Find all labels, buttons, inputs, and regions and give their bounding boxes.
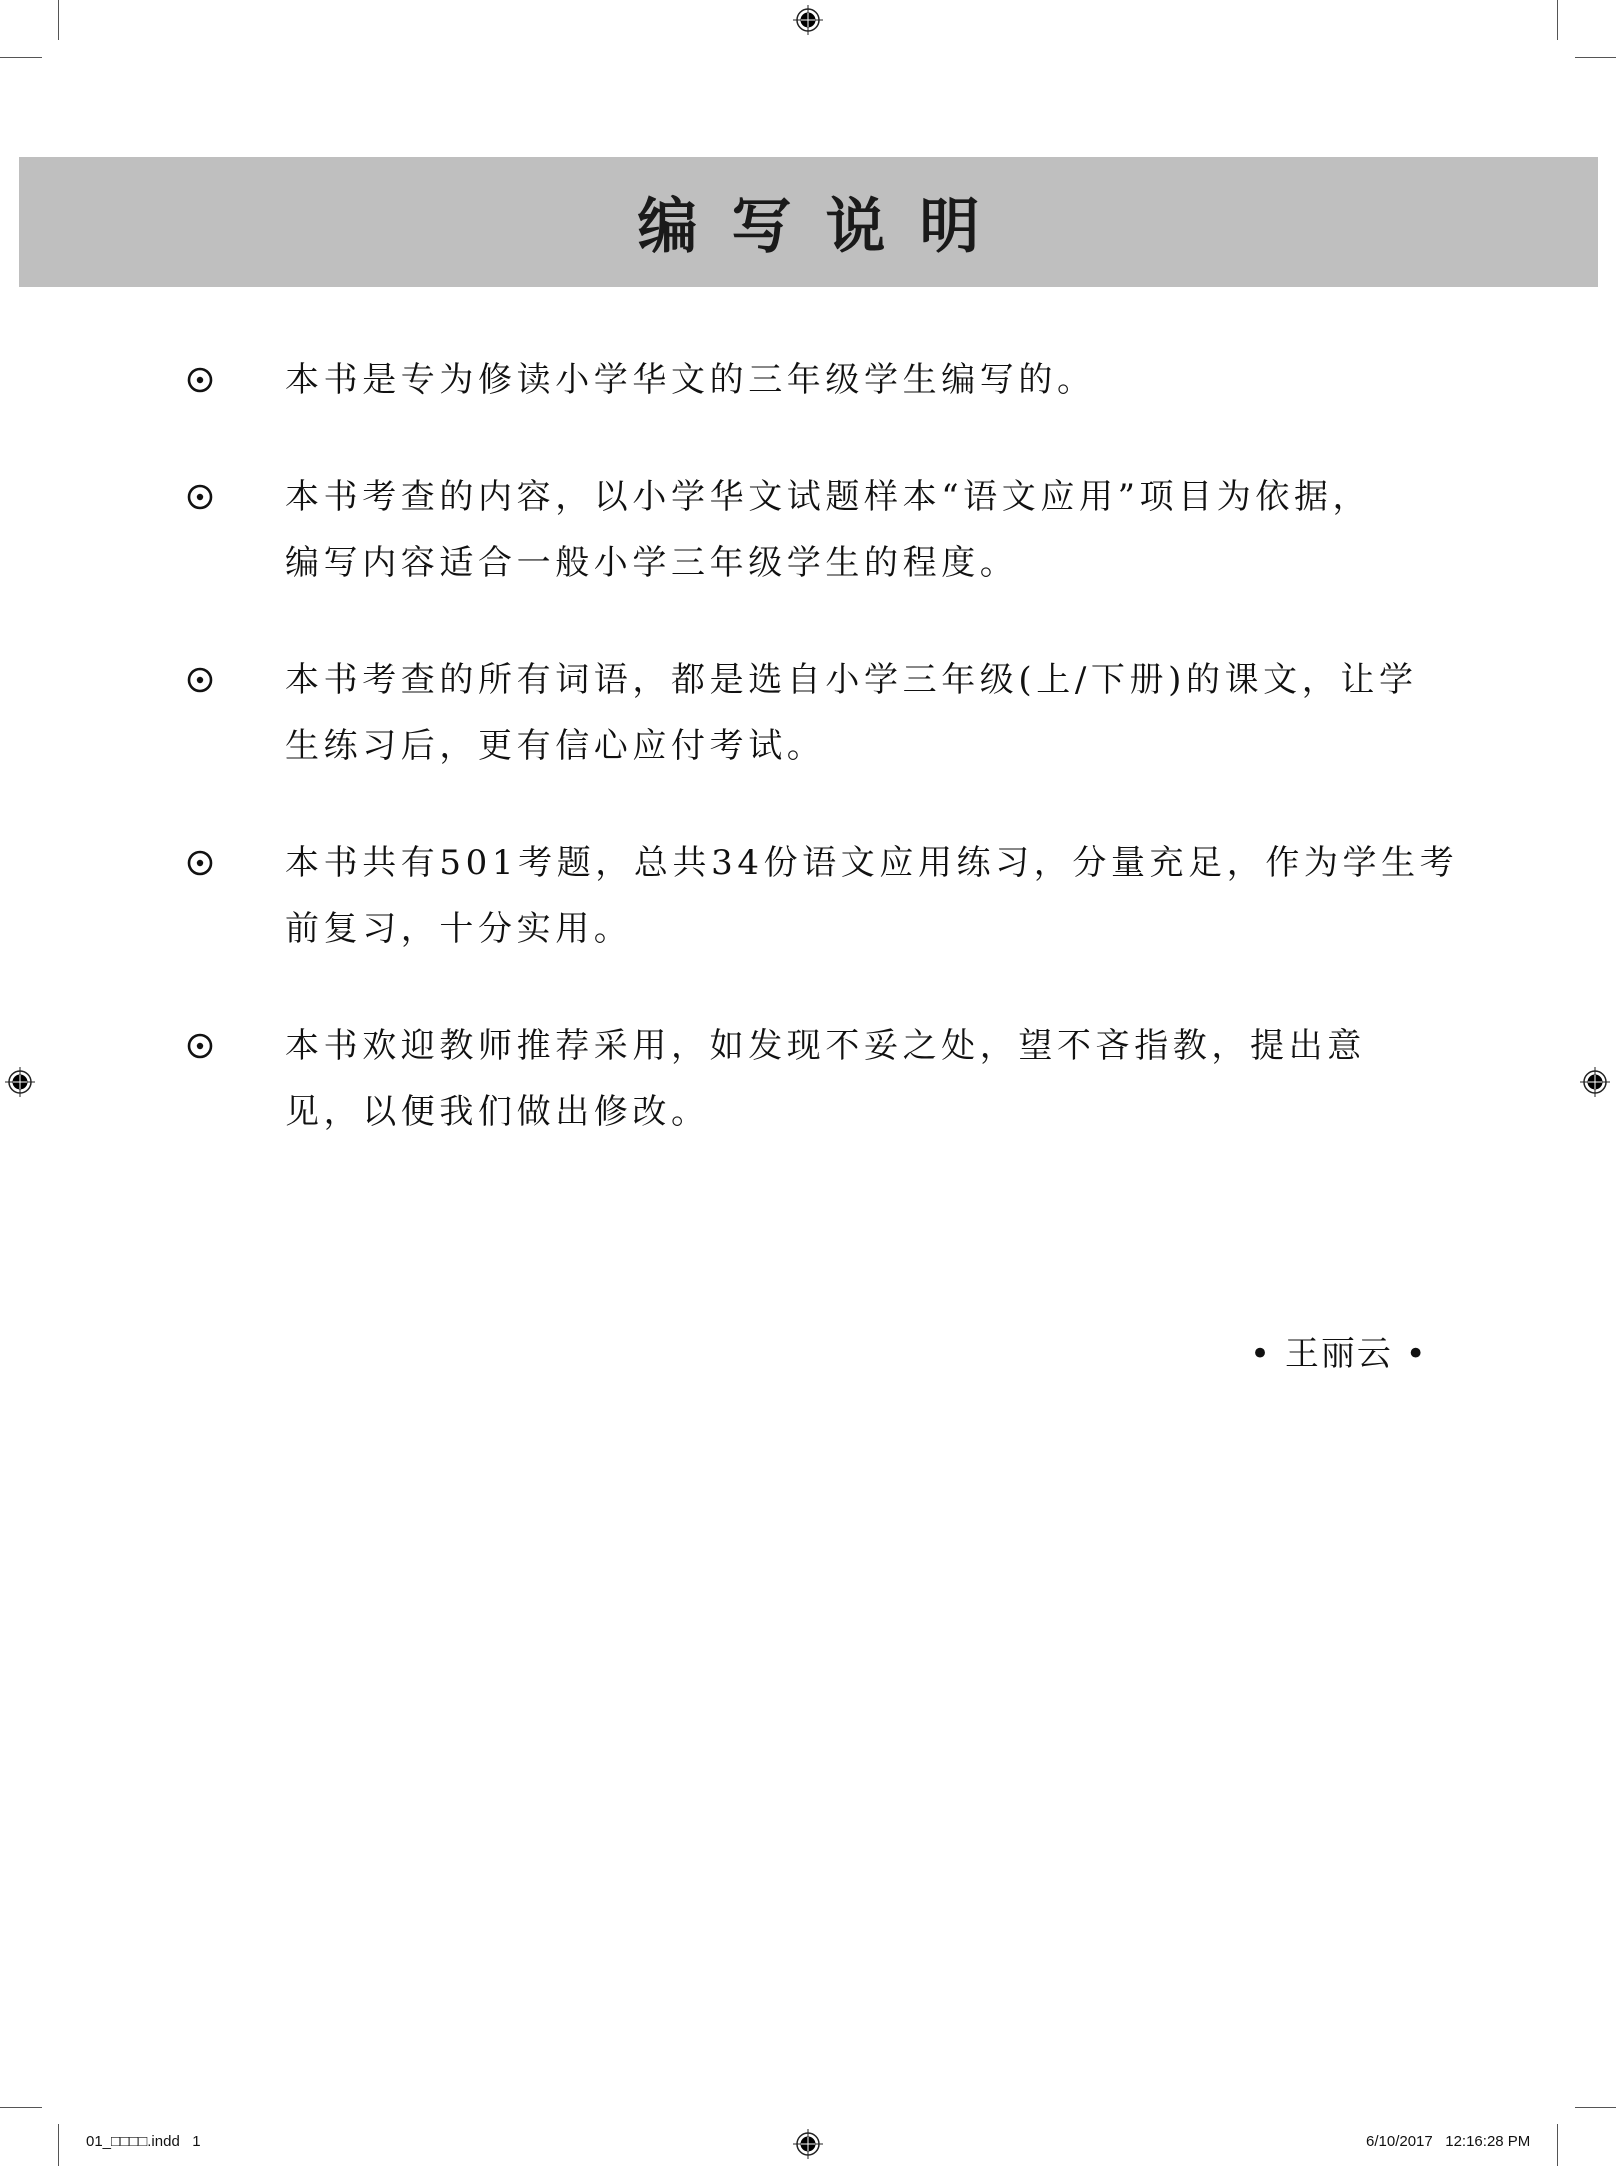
paragraph-line: 前复习，十分实用。 (285, 896, 1445, 962)
crop-mark-bottom-right-vertical (1557, 2124, 1558, 2166)
footer-timestamp: 6/10/2017 12:16:28 PM (1366, 2133, 1530, 2150)
registration-mark-icon (793, 5, 823, 35)
registration-mark-icon (793, 2129, 823, 2159)
paragraph-line: 生练习后，更有信心应付考试。 (285, 713, 1445, 779)
paragraph-line: 编写内容适合一般小学三年级学生的程度。 (285, 530, 1445, 596)
paragraph-text: 本书考查的所有词语，都是选自小学三年级(上/下册)的课文，让学 生练习后，更有信… (285, 647, 1445, 779)
paragraph-text: 本书考查的内容，以小学华文试题样本“语文应用”项目为依据， 编写内容适合一般小学… (285, 464, 1445, 596)
paragraph-line: 本书是专为修读小学华文的三年级学生编写的。 (285, 347, 1445, 413)
crop-mark-bottom-right-horizontal (1575, 2107, 1616, 2108)
circled-dot-icon (186, 483, 214, 511)
crop-mark-top-right-horizontal (1575, 57, 1616, 58)
crop-mark-bottom-left-vertical (58, 2124, 59, 2166)
paragraph-line: 见，以便我们做出修改。 (285, 1079, 1445, 1145)
registration-mark-icon (5, 1067, 35, 1097)
paragraph-text: 本书欢迎教师推荐采用，如发现不妥之处，望不吝指教，提出意 见，以便我们做出修改。 (285, 1013, 1445, 1145)
circled-dot-icon (186, 1032, 214, 1060)
circled-dot-icon (186, 366, 214, 394)
registration-mark-icon (1580, 1067, 1610, 1097)
title-band: 编写说明 (19, 157, 1598, 287)
paragraph-text: 本书共有501考题，总共34份语文应用练习，分量充足，作为学生考 前复习，十分实… (285, 830, 1445, 962)
circled-dot-icon (186, 849, 214, 877)
footer-file-name: 01_□□□□.indd 1 (86, 2133, 201, 2150)
paragraph-text: 本书是专为修读小学华文的三年级学生编写的。 (285, 347, 1445, 413)
page-title: 编写说明 (19, 157, 1598, 287)
paragraph-line: 本书考查的内容，以小学华文试题样本“语文应用”项目为依据， (285, 464, 1445, 530)
crop-mark-top-left-vertical (58, 0, 59, 40)
paragraph-line: 本书考查的所有词语，都是选自小学三年级(上/下册)的课文，让学 (285, 647, 1445, 713)
crop-mark-top-right-vertical (1557, 0, 1558, 40)
author-signature: • 王丽云 • (1250, 1326, 1428, 1375)
crop-mark-bottom-left-horizontal (0, 2107, 42, 2108)
paragraph-line: 本书共有501考题，总共34份语文应用练习，分量充足，作为学生考 (285, 830, 1445, 896)
circled-dot-icon (186, 666, 214, 694)
crop-mark-top-left-horizontal (0, 57, 42, 58)
paragraph-line: 本书欢迎教师推荐采用，如发现不妥之处，望不吝指教，提出意 (285, 1013, 1445, 1079)
